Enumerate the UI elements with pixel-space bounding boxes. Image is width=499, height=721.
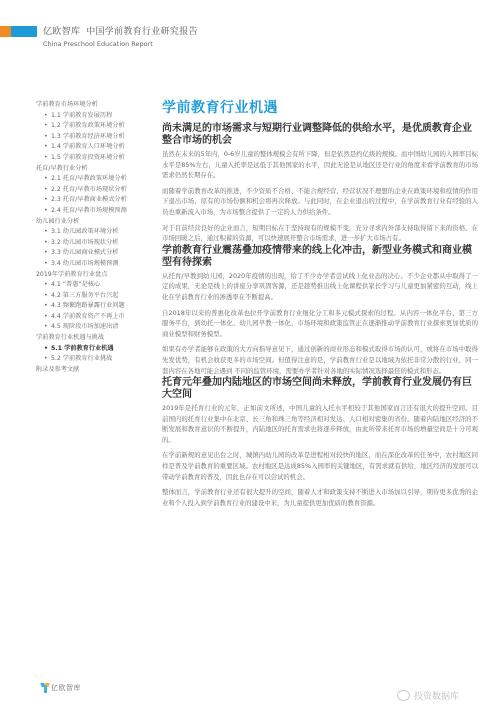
watermark: 投资数据库 — [397, 689, 459, 702]
bullet-icon: • — [44, 238, 51, 249]
paragraph: 整体而言，学前教育行业还有很大提升的空间，随着人才和政策支持不断进入市场加以引导… — [162, 487, 478, 508]
bullet-icon: • — [44, 111, 51, 122]
toc-item-label: 1.4 学前教育人口环境分析 — [51, 143, 125, 150]
toc-item-label: 4.1 “普惠”是核心 — [51, 281, 100, 288]
header-brand: 亿欧智库 — [43, 27, 80, 37]
bullet-icon: • — [44, 322, 51, 333]
toc-item[interactable]: •4.4 学前教育资产不再上市 — [36, 312, 156, 323]
toc-item-label: 4.4 学前教育资产不再上市 — [51, 313, 125, 320]
yiou-logo-icon — [41, 683, 49, 693]
toc-item[interactable]: •2.1 托育/早教政策环境分析 — [36, 174, 156, 185]
toc-item-label: 2.1 托育/早教政策环境分析 — [51, 175, 127, 182]
header-report-title: 中国学前教育行业研究报告 — [86, 27, 198, 37]
table-of-contents: 学前教育市场环境分析•1.1 学前教育发展历程•1.2 学前教育政策环境分析•1… — [36, 100, 156, 375]
bullet-icon: • — [44, 185, 51, 196]
bullet-icon: • — [44, 280, 51, 291]
toc-item-label: 1.5 学前教育投资环境分析 — [51, 154, 125, 161]
bullet-icon: • — [44, 206, 51, 217]
bullet-icon: • — [44, 195, 51, 206]
section-heading: 学前教育行业震荡叠加疫情带来的线上化冲击，新型业务模式和商业模型有待探索 — [162, 245, 478, 269]
toc-item[interactable]: •4.3 频繁跑路暴露行业问题 — [36, 301, 156, 312]
bullet-icon: • — [44, 227, 51, 238]
toc-item[interactable]: •2.2 托育/早教市场现状分析 — [36, 185, 156, 196]
bullet-icon: • — [44, 301, 51, 312]
toc-item[interactable]: •5.1 学前教育行业机遇 — [36, 344, 156, 355]
toc-item-label: 1.3 学前教育经济环境分析 — [51, 133, 125, 140]
toc-item-label: 5.2 学前教育行业挑战 — [51, 355, 112, 362]
toc-item[interactable]: •3.1 幼儿园政策环境分析 — [36, 227, 156, 238]
main-content: 学前教育行业机遇 尚未满足的市场需求与短期行业调整降低的供给水平，是优质教育企业… — [162, 97, 478, 513]
toc-section[interactable]: 2019年学前教育行业盘点 — [36, 270, 156, 281]
paragraph: 而随着学前教育改革的推进，不少资质不合格、不能合规经营、经营状况不理想的企业在政… — [162, 186, 478, 218]
toc-item[interactable]: •3.2 幼儿园市场现状分析 — [36, 238, 156, 249]
paragraph: 对于目前经营良好的企业而言，短期目标在于坚持现有的规模不变，充分寻求内外部支持取… — [162, 223, 478, 244]
bullet-icon: • — [44, 248, 51, 259]
toc-item[interactable]: •2.3 托育/早教商业模式分析 — [36, 195, 156, 206]
watermark-text: 投资数据库 — [414, 689, 459, 702]
content-blocks: 尚未满足的市场需求与短期行业调整降低的供给水平，是优质教育企业整合市场的机会虽然… — [162, 123, 478, 508]
footer-logo: 亿欧智库 — [41, 683, 81, 693]
paragraph: 自2018年以来的普惠化改革也拉开学前教育行业细化分工和多元模式探索的过程。从内… — [162, 308, 478, 340]
bullet-icon: • — [44, 312, 51, 323]
toc-section[interactable]: 附录及参考文献 — [36, 365, 156, 376]
bullet-icon: • — [44, 259, 51, 270]
toc-item-label: 4.5 现阶段市场加速出清 — [51, 323, 119, 330]
toc-item[interactable]: •4.2 第三方服务平台兴起 — [36, 291, 156, 302]
footer-logo-text: 亿欧智库 — [51, 683, 81, 693]
toc-item-label: 2.2 托育/早教市场现状分析 — [51, 186, 127, 193]
bullet-icon: • — [44, 344, 51, 355]
toc-item[interactable]: •2.4 托育/早教市场规模预测 — [36, 206, 156, 217]
paragraph: 如果有办学者能够在政策的大方向指导意见下，通过创新的商业形态和模式取得市场的认可… — [162, 344, 478, 376]
header-orange-bar — [0, 26, 11, 37]
wechat-icon — [397, 690, 410, 701]
toc-item-label: 1.1 学前教育发展历程 — [51, 112, 112, 119]
toc-item-label: 3.3 幼儿园商业模式分析 — [51, 249, 119, 256]
toc-section[interactable]: 学前教育行业机遇与挑战 — [36, 333, 156, 344]
paragraph: 在学前新规的意见出台之时，城镇内幼儿园的改革是进程相对较快的地区，而在深化改革的… — [162, 450, 478, 482]
bullet-icon: • — [44, 153, 51, 164]
toc-item-label: 3.1 幼儿园政策环境分析 — [51, 228, 119, 235]
toc-item-label: 2.4 托育/早教市场规模预测 — [51, 207, 127, 214]
toc-item-label: 3.2 幼儿园市场现状分析 — [51, 239, 119, 246]
bullet-icon: • — [44, 142, 51, 153]
toc-item[interactable]: •5.2 学前教育行业挑战 — [36, 354, 156, 365]
toc-item-label: 4.2 第三方服务平台兴起 — [51, 292, 119, 299]
toc-item-label: 5.1 学前教育行业机遇 — [51, 345, 114, 352]
header-title: 亿欧智库中国学前教育行业研究报告 — [43, 24, 198, 37]
toc-section[interactable]: 幼儿园行业分析 — [36, 217, 156, 228]
toc-item[interactable]: •1.2 学前教育政策环境分析 — [36, 121, 156, 132]
toc-item[interactable]: •1.1 学前教育发展历程 — [36, 111, 156, 122]
toc-item[interactable]: •3.4 幼儿园市场规模预测 — [36, 259, 156, 270]
toc-section[interactable]: 托育/早教行业分析 — [36, 164, 156, 175]
toc-item[interactable]: •3.3 幼儿园商业模式分析 — [36, 248, 156, 259]
toc-item-label: 3.4 幼儿园市场规模预测 — [51, 260, 119, 267]
toc-item[interactable]: •4.1 “普惠”是核心 — [36, 280, 156, 291]
bullet-icon: • — [44, 174, 51, 185]
paragraph: 从托育/早教到幼儿园，2020年疫情的出现，给了不少办学者尝试线上化业态的决心。… — [162, 271, 478, 303]
toc-item[interactable]: •1.5 学前教育投资环境分析 — [36, 153, 156, 164]
paragraph: 2019年是托育行业的元年，正如前文所述，中国儿童的入托水平相较于其他国家而言还… — [162, 403, 478, 445]
toc-item-label: 2.3 托育/早教商业模式分析 — [51, 196, 127, 203]
toc-item[interactable]: •1.3 学前教育经济环境分析 — [36, 132, 156, 143]
bullet-icon: • — [44, 121, 51, 132]
toc-item[interactable]: •4.5 现阶段市场加速出清 — [36, 322, 156, 333]
bullet-icon: • — [44, 354, 51, 365]
toc-section[interactable]: 学前教育市场环境分析 — [36, 100, 156, 111]
paragraph: 虽然在未来的5年内，0-6岁儿童的整体规模会有所下降，但是依然是约亿级的规模。而… — [162, 149, 478, 181]
section-heading: 托育元年叠加内陆地区的市场空间尚未释放，学前教育行业发展仍有巨大空间 — [162, 377, 478, 401]
toc-item[interactable]: •1.4 学前教育人口环境分析 — [36, 142, 156, 153]
section-heading: 尚未满足的市场需求与短期行业调整降低的供给水平，是优质教育企业整合市场的机会 — [162, 123, 478, 147]
page-title: 学前教育行业机遇 — [162, 97, 478, 117]
toc-item-label: 1.2 学前教育政策环境分析 — [51, 122, 125, 129]
bullet-icon: • — [44, 291, 51, 302]
header-blue-bar — [11, 26, 37, 37]
toc-item-label: 4.3 频繁跑路暴露行业问题 — [51, 302, 125, 309]
header-subtitle: China Preschool Education Report — [43, 40, 153, 48]
bullet-icon: • — [44, 132, 51, 143]
